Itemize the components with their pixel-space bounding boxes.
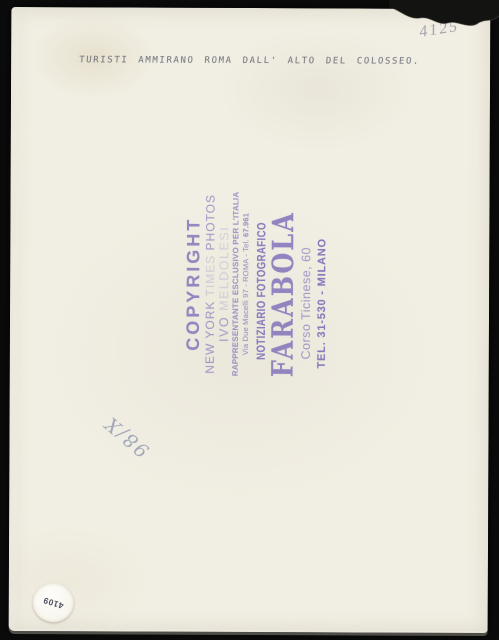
typewritten-caption: TURISTI AMMIRANO ROMA DALL' ALTO DEL COL… — [79, 55, 420, 66]
farabola-name-text: FARABOLA — [264, 211, 301, 377]
copyright-stamp: COPYRIGHT NEW YORK TIMES PHOTOS IVO MELD… — [183, 189, 252, 379]
farabola-stamp-address: Corso Ticinese, 60 — [298, 229, 316, 377]
phone-number: 67.961 — [241, 213, 250, 237]
agency-part-1: NEW YORK — [203, 301, 217, 374]
agency-part-3: PHOTOS — [203, 194, 217, 251]
farabola-stamp-name: FARABOLA — [268, 229, 299, 377]
farabola-stamp: NOTIZIARIO FOTOGRAFICO FARABOLA Corso Ti… — [254, 229, 347, 377]
rep-part-1: IVO — [217, 316, 231, 342]
copyright-stamp-title: COPYRIGHT — [183, 189, 204, 379]
sticker-number: 4109 — [42, 595, 65, 611]
handwritten-note: 98/X — [85, 399, 168, 474]
copyright-stamp-agency-line: NEW YORK TIMES PHOTOS — [203, 189, 218, 379]
photo-back-scan: TURISTI AMMIRANO ROMA DALL' ALTO DEL COL… — [0, 0, 499, 640]
agency-part-2: TIMES — [203, 255, 217, 297]
copyright-stamp-representative-line: IVO MELDOLESI — [217, 189, 232, 379]
inventory-sticker: 4109 — [31, 582, 75, 624]
copyright-stamp-address-line: Via Due Macelli 97 - ROMA - Tel. 67.961 — [241, 189, 252, 379]
photo-paper: TURISTI AMMIRANO ROMA DALL' ALTO DEL COL… — [9, 7, 491, 633]
torn-paper-fragment — [389, 0, 499, 30]
farabola-stamp-phone-city: TEL. 31-530 - MILANO — [315, 229, 331, 377]
address-text: Via Due Macelli 97 - ROMA - Tel. — [241, 239, 251, 355]
rep-part-2: MELDOLESI — [217, 226, 231, 311]
